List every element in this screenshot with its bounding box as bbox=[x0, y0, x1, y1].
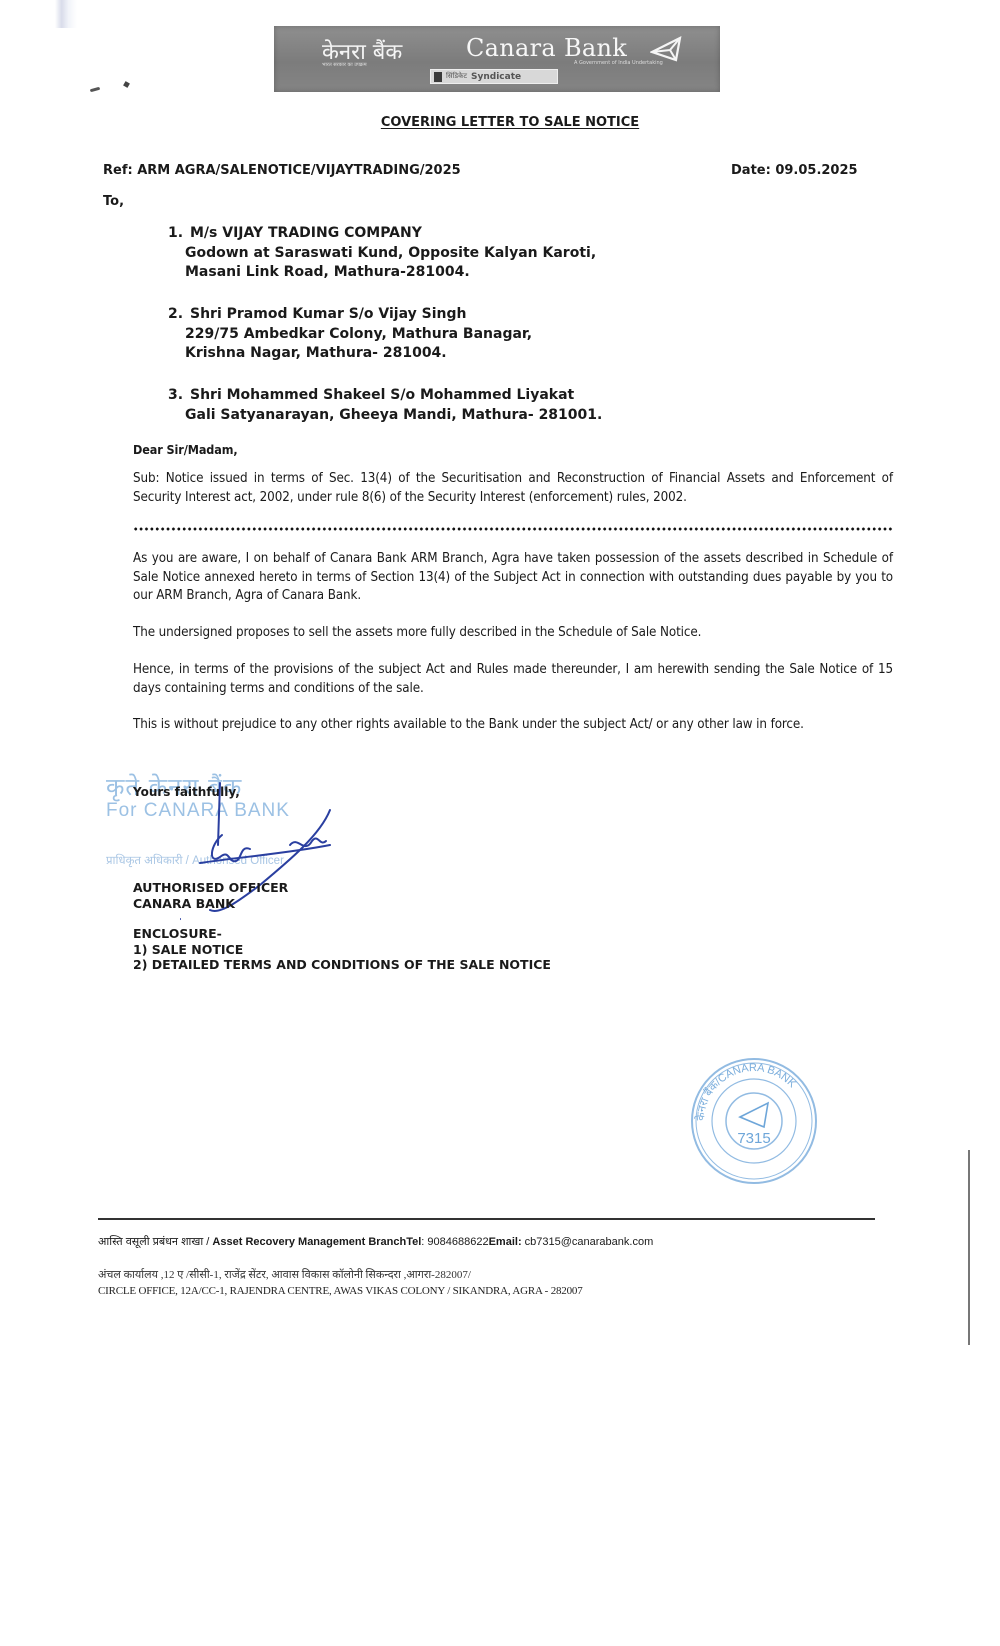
email-value: cb7315@canarabank.com bbox=[522, 1236, 654, 1248]
body-paragraph-1: As you are aware, I on behalf of Canara … bbox=[133, 550, 893, 606]
to-label: To, bbox=[103, 194, 124, 209]
addressee-number: 3. bbox=[168, 386, 183, 406]
tel-label: Tel bbox=[406, 1236, 421, 1248]
scan-artifact bbox=[90, 87, 100, 92]
syndicate-logo-icon bbox=[434, 72, 442, 82]
syndicate-hindi: सिंडिकेट bbox=[446, 72, 467, 81]
stamp-branch-code: 7315 bbox=[737, 1130, 770, 1147]
salutation: Dear Sir/Madam, bbox=[133, 441, 893, 460]
body-paragraph-3: Hence, in terms of the provisions of the… bbox=[133, 661, 893, 698]
svg-text:केनरा बैंक/CANARA BANK: केनरा बैंक/CANARA BANK bbox=[694, 1062, 799, 1121]
addressee-number: 1. bbox=[168, 224, 183, 244]
document-title: COVERING LETTER TO SALE NOTICE bbox=[0, 115, 1000, 130]
letter-date: Date: 09.05.2025 bbox=[731, 163, 858, 178]
enclosure-item: 1) SALE NOTICE bbox=[133, 942, 551, 958]
canara-bank-logo-icon bbox=[650, 36, 684, 62]
addressee-number: 2. bbox=[168, 305, 183, 325]
subject-line: Sub: Notice issued in terms of Sec. 13(4… bbox=[133, 470, 893, 507]
reference-number: Ref: ARM AGRA/SALENOTICE/VIJAYTRADING/20… bbox=[103, 163, 461, 178]
circle-office-hindi: अंचल कार्यालय ,12 ए /सीसी-1, राजेंद्र से… bbox=[98, 1267, 471, 1282]
email-label: Email: bbox=[489, 1236, 522, 1248]
circle-office-english: CIRCLE OFFICE, 12A/CC-1, RAJENDRA CENTRE… bbox=[98, 1285, 583, 1297]
enclosure-heading: ENCLOSURE- bbox=[133, 926, 551, 942]
body-paragraph-4: This is without prejudice to any other r… bbox=[133, 716, 893, 735]
addressee-address-line: Godown at Saraswati Kund, Opposite Kalya… bbox=[185, 244, 596, 264]
enclosure-item: 2) DETAILED TERMS AND CONDITIONS OF THE … bbox=[133, 957, 551, 973]
signatory-org: CANARA BANK bbox=[133, 896, 288, 912]
scan-artifact bbox=[55, 0, 77, 28]
footer-divider bbox=[98, 1218, 875, 1220]
tagline-hindi: भारत सरकार का उपक्रम bbox=[322, 62, 367, 68]
dotted-divider bbox=[133, 527, 893, 531]
addressee-address-line: 229/75 Ambedkar Colony, Mathura Banagar, bbox=[185, 325, 532, 345]
enclosure-block: ENCLOSURE- 1) SALE NOTICE 2) DETAILED TE… bbox=[133, 926, 551, 973]
footer-branch-contact: आस्ति वसूली प्रबंधन शाखा / Asset Recover… bbox=[98, 1234, 653, 1249]
addressee-address-line: Masani Link Road, Mathura-281004. bbox=[185, 263, 596, 283]
addressee-address-line: Krishna Nagar, Mathura- 281004. bbox=[185, 344, 532, 364]
syndicate-badge: सिंडिकेट Syndicate bbox=[430, 69, 558, 84]
tel-value: : 9084688622 bbox=[421, 1236, 488, 1248]
signatory-block: AUTHORISED OFFICER CANARA BANK bbox=[133, 880, 288, 912]
branch-name-english: Asset Recovery Management Branch bbox=[212, 1236, 406, 1248]
bank-name-english: Canara Bank bbox=[466, 34, 627, 62]
bank-round-stamp-icon: केनरा बैंक/CANARA BANK 7315 bbox=[688, 1055, 820, 1187]
bank-letterhead-logo: केनरा बैंक भारत सरकार का उपक्रम Canara B… bbox=[274, 26, 720, 92]
stamp-outer-text: केनरा बैंक/CANARA BANK bbox=[694, 1062, 799, 1121]
syndicate-english: Syndicate bbox=[471, 72, 521, 82]
page-edge-line bbox=[968, 1150, 970, 1345]
addressee-name: Shri Pramod Kumar S/o Vijay Singh bbox=[190, 305, 532, 325]
addressee-address-line: Gali Satyanarayan, Gheeya Mandi, Mathura… bbox=[185, 406, 602, 426]
document-title-text: COVERING LETTER TO SALE NOTICE bbox=[381, 115, 639, 130]
branch-name-hindi: आस्ति वसूली प्रबंधन शाखा / bbox=[98, 1236, 212, 1248]
addressee-name: M/s VIJAY TRADING COMPANY bbox=[190, 224, 596, 244]
addressee-name: Shri Mohammed Shakeel S/o Mohammed Liyak… bbox=[190, 386, 602, 406]
signatory-title: AUTHORISED OFFICER bbox=[133, 880, 288, 896]
body-paragraph-2: The undersigned proposes to sell the ass… bbox=[133, 624, 893, 643]
scan-artifact bbox=[123, 81, 130, 88]
